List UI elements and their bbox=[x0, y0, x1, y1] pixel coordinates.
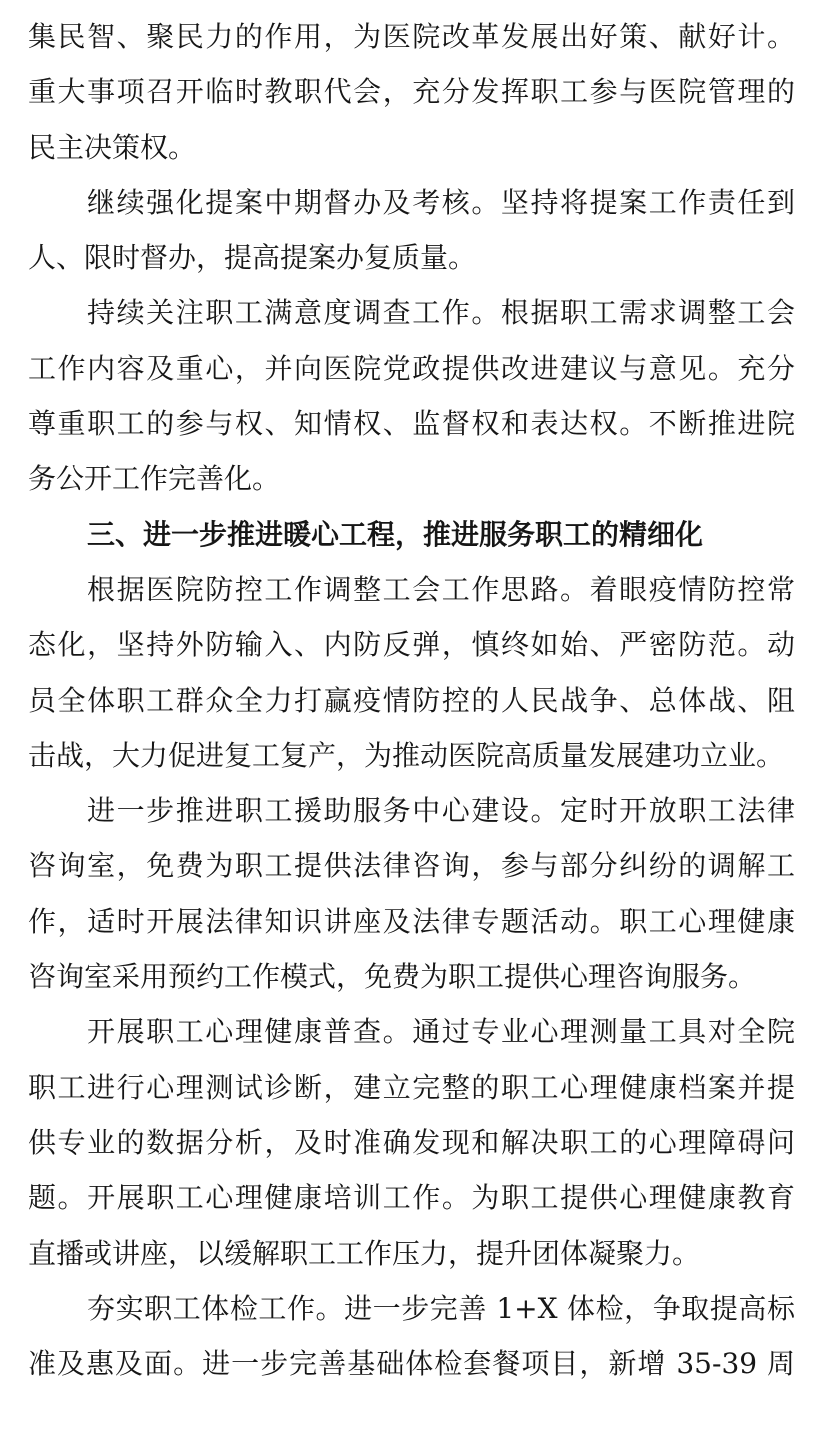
text-line: 务公开工作完善化。 bbox=[28, 451, 795, 506]
text-line: 人、限时督办，提高提案办复质量。 bbox=[28, 230, 795, 285]
text-line: 准及惠及面。进一步完善基础体检套餐项目，新增 35-39 周 bbox=[28, 1336, 795, 1391]
text-line: 直播或讲座，以缓解职工工作压力，提升团体凝聚力。 bbox=[28, 1226, 795, 1281]
text-line: 重大事项召开临时教职代会，充分发挥职工参与医院管理的 bbox=[28, 64, 795, 119]
text-line: 职工进行心理测试诊断，建立完整的职工心理健康档案并提 bbox=[28, 1060, 795, 1115]
document-page: 集民智、聚民力的作用，为医院改革发展出好策、献好计。重大事项召开临时教职代会，充… bbox=[0, 0, 823, 1438]
text-line: 咨询室，免费为职工提供法律咨询，参与部分纠纷的调解工 bbox=[28, 838, 795, 893]
text-line: 继续强化提案中期督办及考核。坚持将提案工作责任到 bbox=[28, 175, 795, 230]
text-line: 开展职工心理健康普查。通过专业心理测量工具对全院 bbox=[28, 1004, 795, 1059]
text-line: 员全体职工群众全力打赢疫情防控的人民战争、总体战、阻 bbox=[28, 673, 795, 728]
document-text-block: 集民智、聚民力的作用，为医院改革发展出好策、献好计。重大事项召开临时教职代会，充… bbox=[0, 0, 823, 1391]
text-line: 民主决策权。 bbox=[28, 120, 795, 175]
text-line: 供专业的数据分析，及时准确发现和解决职工的心理障碍问 bbox=[28, 1115, 795, 1170]
text-line: 作，适时开展法律知识讲座及法律专题活动。职工心理健康 bbox=[28, 894, 795, 949]
text-line: 持续关注职工满意度调查工作。根据职工需求调整工会 bbox=[28, 285, 795, 340]
text-line: 进一步推进职工援助服务中心建设。定时开放职工法律 bbox=[28, 783, 795, 838]
text-line: 夯实职工体检工作。进一步完善 1+X 体检，争取提高标 bbox=[28, 1281, 795, 1336]
text-line: 咨询室采用预约工作模式，免费为职工提供心理咨询服务。 bbox=[28, 949, 795, 1004]
text-line: 工作内容及重心，并向医院党政提供改进建议与意见。充分 bbox=[28, 341, 795, 396]
text-line: 根据医院防控工作调整工会工作思路。着眼疫情防控常 bbox=[28, 562, 795, 617]
text-line: 题。开展职工心理健康培训工作。为职工提供心理健康教育 bbox=[28, 1170, 795, 1225]
text-line: 击战，大力促进复工复产，为推动医院高质量发展建功立业。 bbox=[28, 728, 795, 783]
text-line: 态化，坚持外防输入、内防反弹，慎终如始、严密防范。动 bbox=[28, 617, 795, 672]
text-line: 尊重职工的参与权、知情权、监督权和表达权。不断推进院 bbox=[28, 396, 795, 451]
section-heading: 三、进一步推进暖心工程，推进服务职工的精细化 bbox=[28, 507, 795, 562]
text-line: 集民智、聚民力的作用，为医院改革发展出好策、献好计。 bbox=[28, 9, 795, 64]
